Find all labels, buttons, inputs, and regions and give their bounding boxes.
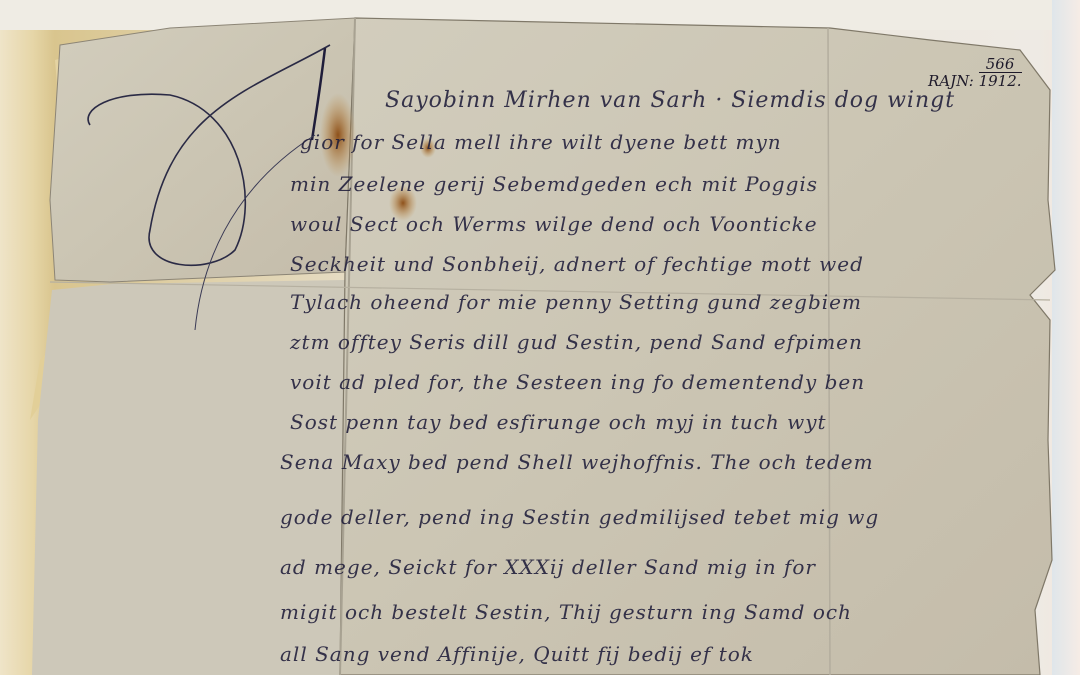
script-line: gode deller, pend ing Sestin gedmilijsed… — [280, 505, 879, 529]
script-line: ad mege, Seickt for XXXij deller Sand mi… — [280, 555, 816, 579]
script-line: migit och bestelt Sestin, Thij gesturn i… — [280, 600, 852, 624]
script-line: voit ad pled for, the Sesteen ing fo dem… — [290, 370, 865, 394]
script-line: all Sang vend Affinije, Quitt fij bedij … — [280, 642, 754, 666]
archive-number: 566 — [979, 56, 1022, 73]
script-line: woul Sect och Werms wilge dend och Voont… — [290, 212, 818, 236]
script-line: Sost penn tay bed esfirunge och myj in t… — [290, 410, 827, 434]
script-line: min Zeelene gerij Sebemdgeden ech mit Po… — [290, 172, 818, 196]
script-line: Sayobinn Mirhen van Sarh · Siemdis dog w… — [385, 88, 955, 113]
script-line: Tylach oheend for mie penny Setting gund… — [290, 290, 862, 314]
script-line: ztm offtey Seris dill gud Sestin, pend S… — [290, 330, 863, 354]
archive-mark: RAJN: 566 1912. — [928, 56, 1022, 89]
script-line: gior for Sella mell ihre wilt dyene bett… — [300, 130, 782, 154]
script-line: Sena Maxy bed pend Shell wejhoffnis. The… — [280, 450, 874, 474]
script-line: Seckheit und Sonbheij, adnert of fechtig… — [290, 252, 864, 276]
archive-year: 1912. — [979, 73, 1022, 89]
